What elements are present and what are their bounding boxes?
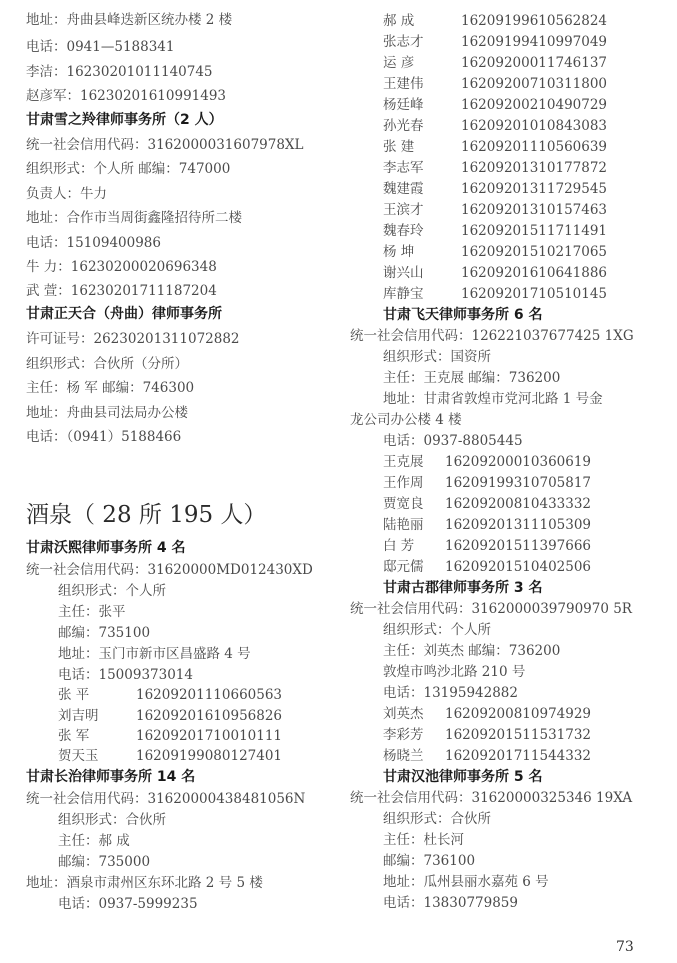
postcode: 邮编：735100 xyxy=(58,624,150,642)
lawyer-id: 16209201510217065 xyxy=(461,244,607,260)
lawyer-entry: 牛 力：16230200020696348 xyxy=(26,258,217,276)
lawyer-id: 16209199080127401 xyxy=(136,748,282,764)
lawyer-entry: 李彩芳16209201511531732 xyxy=(383,726,591,744)
lawyer-name: 杨廷峰 xyxy=(383,96,461,114)
lawyer-id: 16209201110560639 xyxy=(461,139,607,155)
lawyer-entry: 杨晓兰16209201711544332 xyxy=(383,747,591,765)
address: 地址：瓜州县丽水嘉苑 6 号 xyxy=(383,873,549,891)
lawyer-id: 16209201711544332 xyxy=(445,748,591,764)
lawyer-name: 魏春玲 xyxy=(383,222,461,240)
phone: 电话：15109400986 xyxy=(26,234,161,252)
page-number: 73 xyxy=(616,939,634,955)
lawyer-name: 李彩芳 xyxy=(383,726,445,744)
lawyer-entry: 库静宝16209201710510145 xyxy=(383,285,607,303)
lawyer-entry: 孙光春16209201010843083 xyxy=(383,117,607,135)
lawyer-name: 刘吉明 xyxy=(58,707,136,725)
lawyer-id: 16209201311105309 xyxy=(445,517,591,533)
lawyer-id: 16209201710010111 xyxy=(136,728,282,744)
org-form: 组织形式：个人所 xyxy=(383,621,491,639)
lawyer-entry: 白 芳16209201511397666 xyxy=(383,537,591,555)
lawyer-name: 刘英杰 xyxy=(383,705,445,723)
address: 地址：舟曲县司法局办公楼 xyxy=(26,404,188,422)
lawyer-entry: 李志军16209201310177872 xyxy=(383,159,607,177)
director: 主任：杨 军 邮编：746300 xyxy=(26,379,194,397)
lawyer-entry: 郝 成16209199610562824 xyxy=(383,12,607,30)
lawyer-entry: 张 建16209201110560639 xyxy=(383,138,607,156)
lawyer-name: 张志才 xyxy=(383,33,461,51)
lawyer-name: 孙光春 xyxy=(383,117,461,135)
credit-code: 统一社会信用代码：31620000438481056N xyxy=(26,790,305,808)
director: 主任：杜长河 xyxy=(383,831,464,849)
lawyer-name: 王滨才 xyxy=(383,201,461,219)
lawyer-id: 16209201511531732 xyxy=(445,727,591,743)
firm-title: 甘肃雪之羚律师事务所（2 人） xyxy=(26,111,223,129)
lawyer-name: 王克展 xyxy=(383,453,445,471)
lawyer-entry: 刘英杰16209200810974929 xyxy=(383,705,591,723)
responsible-person: 负责人：牛力 xyxy=(26,185,107,203)
lawyer-name: 贺天玉 xyxy=(58,747,136,765)
firm-title: 甘肃正天合（舟曲）律师事务所 xyxy=(26,305,222,323)
lawyer-id: 16209199610562824 xyxy=(461,13,607,29)
credit-code: 统一社会信用代码：3162000039790970 5R xyxy=(350,600,632,618)
phone: 电话：0937-5999235 xyxy=(58,895,198,913)
firm-title: 甘肃古郡律师事务所 3 名 xyxy=(383,579,543,597)
lawyer-id: 16209201310157463 xyxy=(461,202,607,218)
lawyer-name: 张 军 xyxy=(58,727,136,745)
phone: 电话：13195942882 xyxy=(383,684,518,702)
phone: 电话：（0941）5188466 xyxy=(26,428,181,446)
lawyer-entry: 谢兴山16209201610641886 xyxy=(383,264,607,282)
lawyer-name: 运 彦 xyxy=(383,54,461,72)
lawyer-name: 杨晓兰 xyxy=(383,747,445,765)
org-form: 组织形式：个人所 xyxy=(58,582,166,600)
lawyer-id: 16209201511711491 xyxy=(461,223,607,239)
lawyer-id: 16209200011746137 xyxy=(461,55,607,71)
lawyer-entry: 张志才16209199410997049 xyxy=(383,33,607,51)
text-line: 电话：0941—5188341 xyxy=(26,38,174,56)
org-form: 组织形式：合伙所 xyxy=(58,811,166,829)
lawyer-entry: 魏建霞16209201311729545 xyxy=(383,180,607,198)
org-form: 组织形式：合伙所 xyxy=(383,810,491,828)
lawyer-name: 邸元儒 xyxy=(383,558,445,576)
text-line: 地址：舟曲县峰迭新区统办楼 2 楼 xyxy=(26,11,232,29)
address: 敦煌市鸣沙北路 210 号 xyxy=(383,663,525,681)
lawyer-name: 王作周 xyxy=(383,474,445,492)
director: 主任：郝 成 xyxy=(58,832,130,850)
firm-title: 甘肃沃熙律师事务所 4 名 xyxy=(26,539,186,557)
lawyer-entry: 刘吉明16209201610956826 xyxy=(58,707,282,725)
lawyer-entry: 杨廷峰16209200210490729 xyxy=(383,96,607,114)
lawyer-id: 16209201610641886 xyxy=(461,265,607,281)
lawyer-id: 16209201010843083 xyxy=(461,118,607,134)
address-continued: 龙公司办公楼 4 楼 xyxy=(350,411,462,429)
lawyer-entry: 贾宽良16209200810433332 xyxy=(383,495,591,513)
lawyer-entry: 王建伟16209200710311800 xyxy=(383,75,607,93)
lawyer-name: 库静宝 xyxy=(383,285,461,303)
lawyer-name: 李志军 xyxy=(383,159,461,177)
phone: 电话：13830779859 xyxy=(383,894,518,912)
lawyer-entry: 运 彦16209200011746137 xyxy=(383,54,607,72)
lawyer-name: 张 平 xyxy=(58,686,136,704)
lawyer-name: 王建伟 xyxy=(383,75,461,93)
firm-title: 甘肃汉池律师事务所 5 名 xyxy=(383,768,543,786)
lawyer-entry: 张 平16209201110660563 xyxy=(58,686,282,704)
credit-code: 统一社会信用代码：3162000031607978XL xyxy=(26,136,304,154)
address: 地址：玉门市新市区昌盛路 4 号 xyxy=(58,645,251,663)
lawyer-name: 杨 坤 xyxy=(383,243,461,261)
lawyer-id: 16209201110660563 xyxy=(136,687,282,703)
director: 主任：刘英杰 邮编：736200 xyxy=(383,642,560,660)
lawyer-entry: 张 军16209201710010111 xyxy=(58,727,282,745)
credit-code: 统一社会信用代码：31620000325346 19XA xyxy=(350,789,632,807)
text-line: 赵彦军：16230201610991493 xyxy=(26,87,226,105)
lawyer-id: 16209200710311800 xyxy=(461,76,607,92)
region-heading: 酒泉（ 28 所 195 人） xyxy=(26,501,266,529)
lawyer-entry: 王作周16209199310705817 xyxy=(383,474,591,492)
lawyer-entry: 王克展16209200010360619 xyxy=(383,453,591,471)
lawyer-entry: 邸元儒16209201510402506 xyxy=(383,558,591,576)
phone: 电话：0937-8805445 xyxy=(383,432,523,450)
lawyer-id: 16209200210490729 xyxy=(461,97,607,113)
lawyer-name: 谢兴山 xyxy=(383,264,461,282)
lawyer-entry: 魏春玲16209201511711491 xyxy=(383,222,607,240)
lawyer-entry: 杨 坤16209201510217065 xyxy=(383,243,607,261)
phone: 电话：15009373014 xyxy=(58,666,193,684)
credit-code: 统一社会信用代码：31620000MD012430XD xyxy=(26,561,313,579)
lawyer-entry: 陆艳丽16209201311105309 xyxy=(383,516,591,534)
lawyer-id: 16209200010360619 xyxy=(445,454,591,470)
address: 地址：合作市当周街鑫隆招待所二楼 xyxy=(26,209,242,227)
lawyer-entry: 王滨才16209201310157463 xyxy=(383,201,607,219)
lawyer-id: 16209201311729545 xyxy=(461,181,607,197)
address: 地址：甘肃省敦煌市党河北路 1 号金 xyxy=(383,390,603,408)
lawyer-name: 张 建 xyxy=(383,138,461,156)
director: 主任：张平 xyxy=(58,603,126,621)
lawyer-id: 16209201610956826 xyxy=(136,708,282,724)
lawyer-name: 贾宽良 xyxy=(383,495,445,513)
document-page: 地址：舟曲县峰迭新区统办楼 2 楼 电话：0941—5188341 李洁：162… xyxy=(0,0,677,963)
lawyer-name: 白 芳 xyxy=(383,537,445,555)
lawyer-name: 魏建霞 xyxy=(383,180,461,198)
license-number: 许可证号：26230201311072882 xyxy=(26,330,240,348)
postcode: 邮编：735000 xyxy=(58,853,150,871)
lawyer-id: 16209200810433332 xyxy=(445,496,591,512)
firm-title: 甘肃长治律师事务所 14 名 xyxy=(26,768,195,786)
text-line: 李洁：16230201011140745 xyxy=(26,63,213,81)
credit-code: 统一社会信用代码：126221037677425 1XG xyxy=(350,327,634,345)
lawyer-name: 陆艳丽 xyxy=(383,516,445,534)
org-form: 组织形式：国资所 xyxy=(383,348,491,366)
lawyer-name: 郝 成 xyxy=(383,12,461,30)
lawyer-id: 16209199410997049 xyxy=(461,34,607,50)
firm-title: 甘肃飞天律师事务所 6 名 xyxy=(383,306,543,324)
lawyer-id: 16209201511397666 xyxy=(445,538,591,554)
org-form: 组织形式：合伙所（分所） xyxy=(26,355,188,373)
lawyer-entry: 贺天玉16209199080127401 xyxy=(58,747,282,765)
address: 地址：酒泉市肃州区东环北路 2 号 5 楼 xyxy=(26,874,263,892)
lawyer-id: 16209201710510145 xyxy=(461,286,607,302)
director: 主任：王克展 邮编：736200 xyxy=(383,369,560,387)
lawyer-id: 16209200810974929 xyxy=(445,706,591,722)
lawyer-entry: 武 萱：16230201711187204 xyxy=(26,282,217,300)
lawyer-id: 16209201310177872 xyxy=(461,160,607,176)
org-form: 组织形式：个人所 邮编：747000 xyxy=(26,160,230,178)
postcode: 邮编：736100 xyxy=(383,852,475,870)
lawyer-id: 16209199310705817 xyxy=(445,475,591,491)
lawyer-id: 16209201510402506 xyxy=(445,559,591,575)
